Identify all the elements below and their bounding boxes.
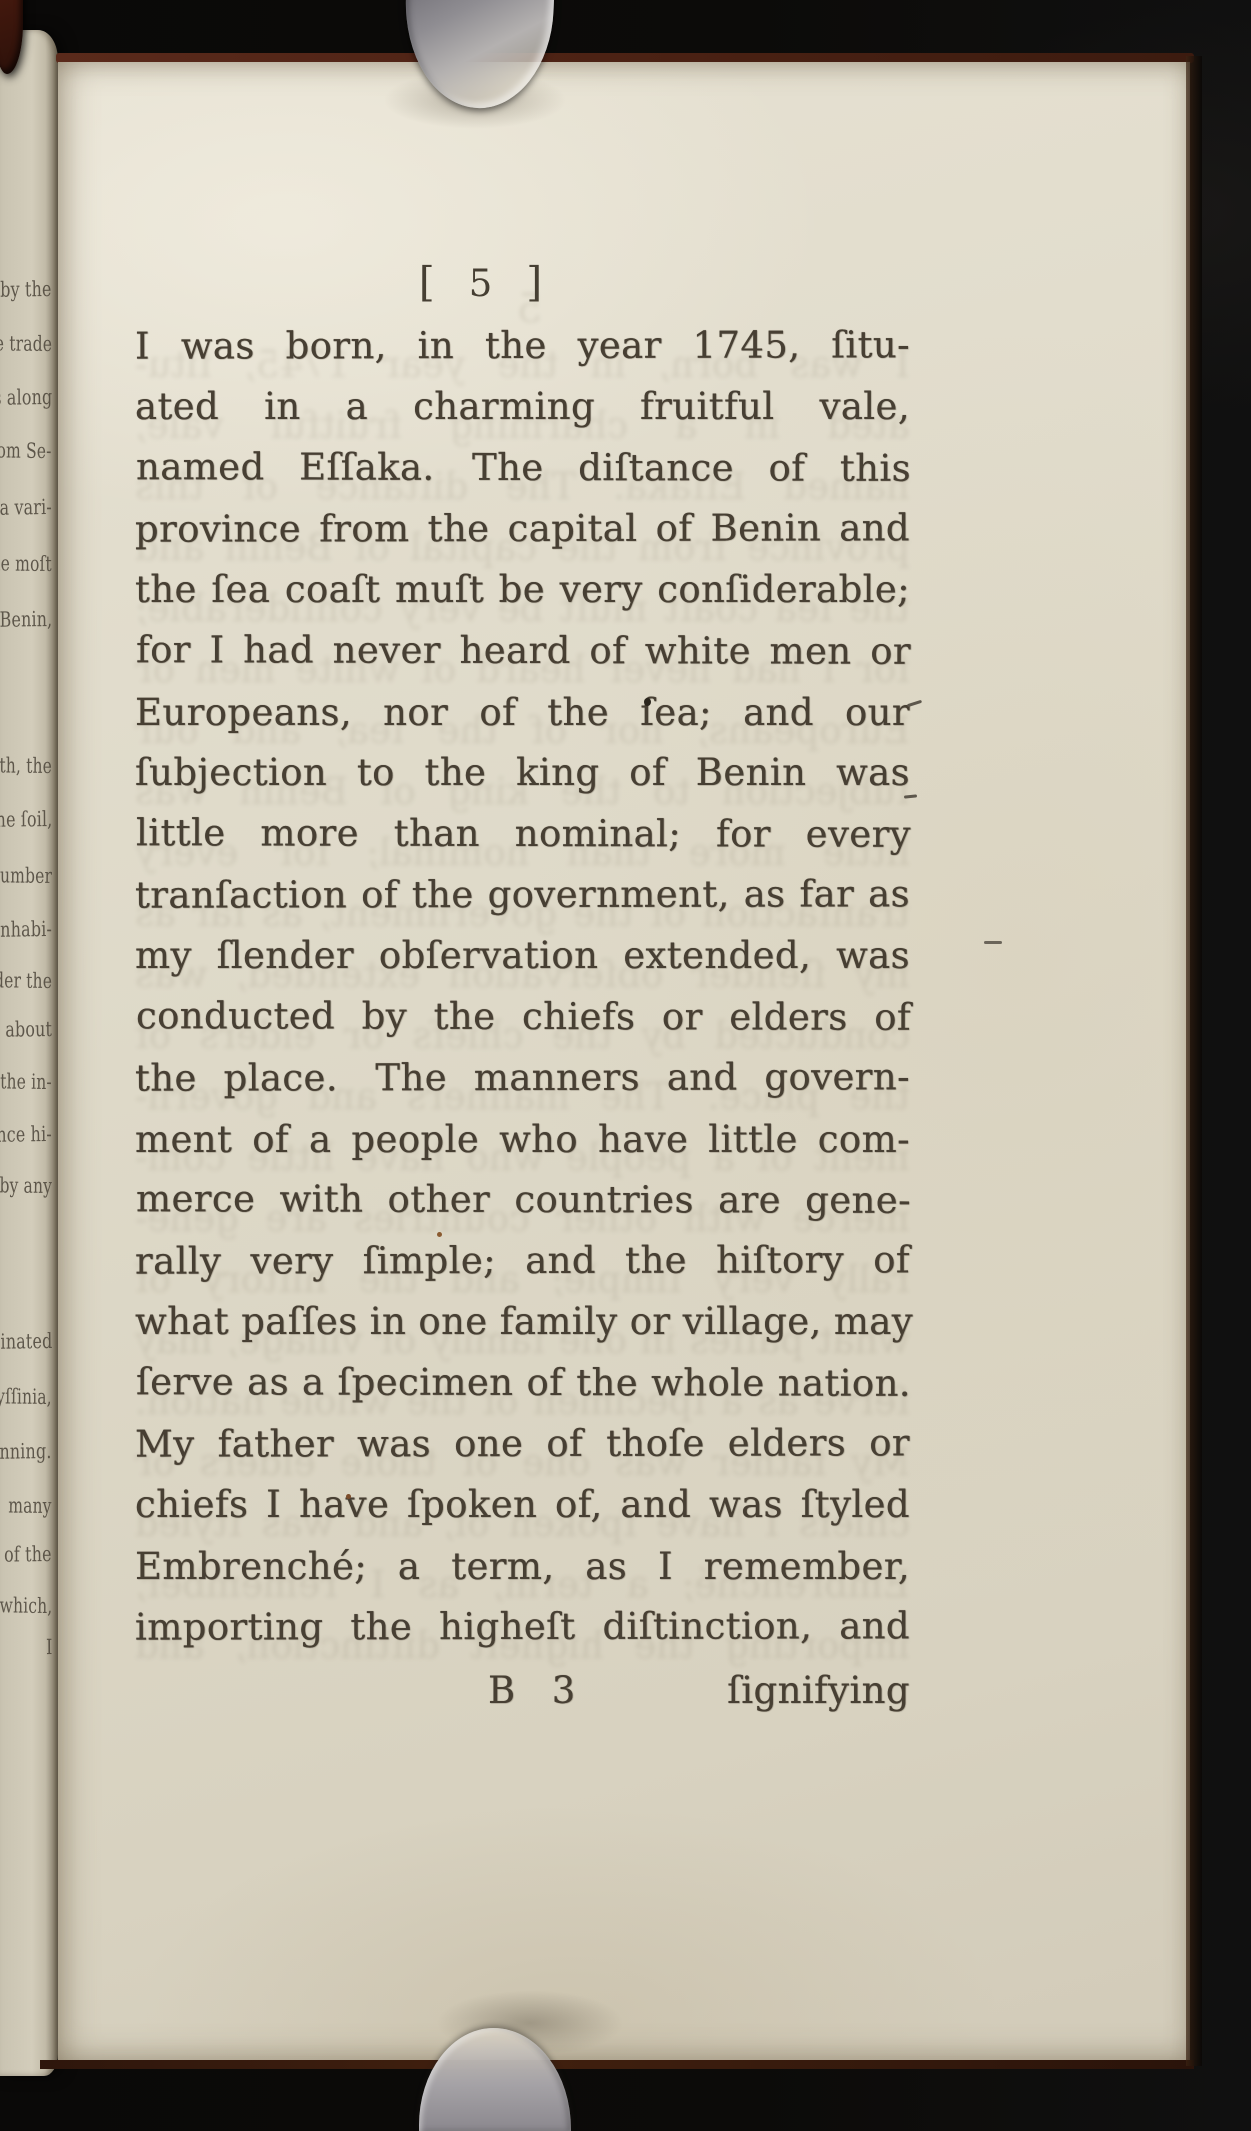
facing-page-text-fragment: a vari- [0,495,52,520]
page-number: 5 [469,262,493,305]
body-text-line: importing the higheſt diſtinction, and [135,1595,910,1657]
body-text-line: for I had never heard of white men or [136,619,911,682]
facing-page-text-fragment: lth, the [0,753,52,778]
facing-page-text-fragment: ſt about [0,1017,52,1042]
facing-page-text-fragment: inhabi- [0,917,52,942]
facing-page-text-fragment: number [0,863,52,888]
facing-page-text-fragment: the ſoil, [0,807,52,832]
margin-mark [904,794,917,798]
body-text-line: named Eſſaka. The diſtance of this [136,436,911,499]
facing-page-text-fragment: many [9,1493,53,1518]
body-text: I was born, in the year 1745, ſitu- ated… [135,315,910,1721]
printer-signature: B 3 [488,1660,576,1721]
body-text-line: rally very ſimple; and the hiſtory of [135,1229,910,1291]
signature-line: B 3 ſignifying [135,1660,910,1721]
body-text-line: conducted by the chiefs or elders of [136,985,911,1048]
facing-page-text-fragment: ance hi- [0,1122,52,1147]
body-text-line: ſerve as a ſpecimen of the whole nation. [136,1351,911,1414]
facing-page-text-fragment: of the [4,1542,52,1567]
facing-page-text-fragment: rom Se- [0,438,52,463]
facing-page-text-fragment: he trade [0,331,52,356]
margin-mark [984,941,1002,944]
page-right-edge [1186,56,1202,2066]
body-text-line: ated in a charming fruitful vale, [135,376,910,437]
body-text-line: I was born, in the year 1745, ſitu- [135,314,910,376]
catchword: ſignifying [727,1660,910,1721]
body-text-line: my ſlender obſervation extended, was [135,925,910,986]
page-bottom-edge [40,2060,1194,2069]
body-text-line: Europeans, nor of the ſea; and our [135,682,910,743]
body-text-line: Embrenché; a term, as I remember, [135,1536,910,1597]
facing-page-edge: by the he trade ds along rom Se- a vari-… [0,30,58,2076]
ink-speck [644,698,651,706]
body-text-line: ment of a people who have little com- [135,1109,910,1170]
facing-page-text-fragment: the in- [0,1069,52,1094]
body-text-line: province from the capital of Benin and [135,497,910,559]
body-text-line: My father was one of thoſe elders or [135,1412,910,1474]
facing-page-text-fragment: inning. [0,1439,52,1464]
body-text-line: merce with other countries are gene- [136,1168,911,1231]
body-text-line: the place. The manners and govern- [135,1046,910,1108]
facing-page-text-fragment: nder the [0,968,52,993]
facing-page-text-fragment: by any [0,1173,52,1198]
body-text-line: what paſſes in one family or village, ma… [135,1291,910,1352]
body-text-line: chiefs I have ſpoken of, and was ſtyled [135,1474,910,1535]
paper-stain [346,1494,351,1499]
facing-page-text-fragment: f Benin, [0,607,52,632]
facing-page-text-fragment: I [45,1635,52,1659]
page-number-header: [5] [93,258,868,308]
facing-page-text-fragment: minated [0,1329,52,1354]
facing-page-text-fragment: byſſinia, [0,1384,52,1409]
facing-page-text-fragment: he moſt [0,551,52,576]
paper-stain [437,1232,442,1237]
facing-page-text-fragment: which, [0,1593,52,1618]
bracket-open: [ [419,258,435,306]
facing-page-text-fragment: by the [1,277,53,302]
body-text-line: tranſaction of the government, as far as [135,863,910,925]
body-text-line: the ſea coaſt muſt be very conſiderable; [135,559,910,620]
book-page: 5 I was born, in the year 1745, ſitu- at… [58,62,1190,2062]
facing-page-text-fragment: ds along [0,385,52,410]
body-text-line: ſubjection to the king of Benin was [135,742,910,803]
body-text-line: little more than nominal; for every [136,802,911,865]
scanned-book-photo: by the he trade ds along rom Se- a vari-… [0,0,1251,2131]
bracket-close: ] [526,258,542,306]
